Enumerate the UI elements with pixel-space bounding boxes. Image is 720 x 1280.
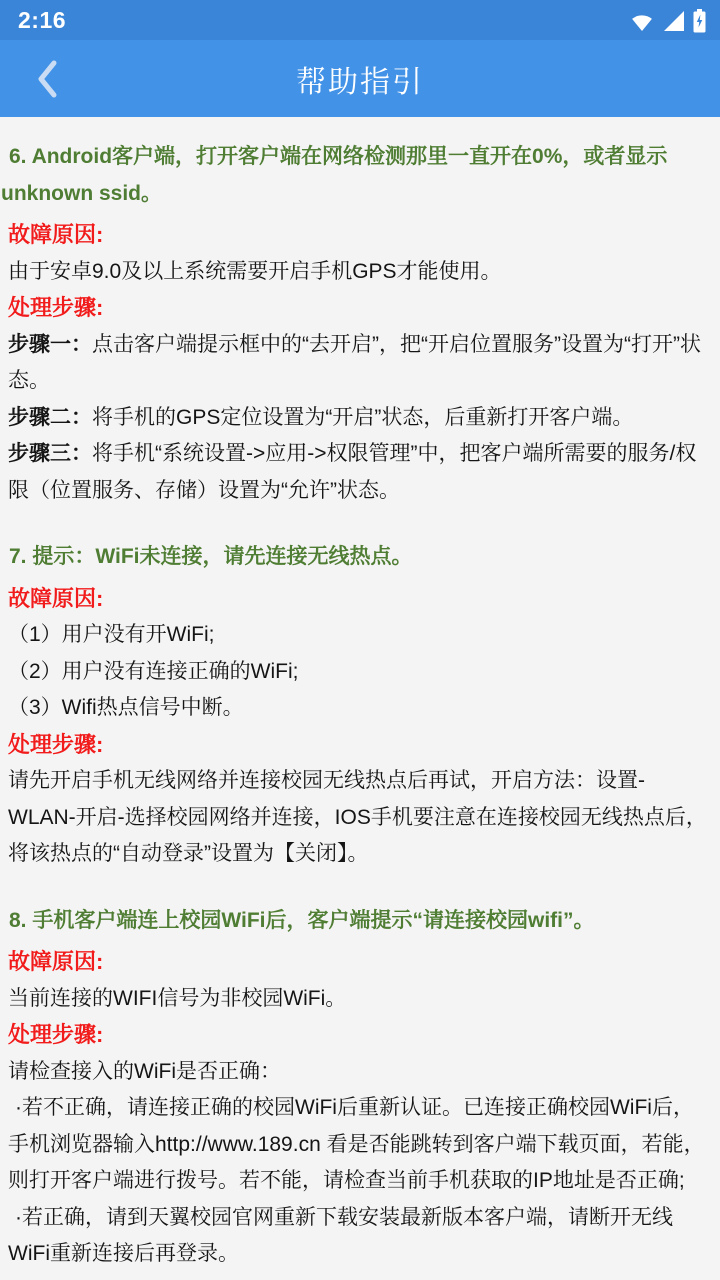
screen: 2:16 帮助指引 6. Android客户端，打开客户端 xyxy=(0,0,720,1280)
step-label: 步骤一： xyxy=(8,333,92,356)
step-paragraph: 步骤一：点击客户端提示框中的“去开启”，把“开启位置服务”设置为“打开”状态。 xyxy=(0,327,720,400)
body-paragraph: （2）用户没有连接正确的WiFi; xyxy=(0,654,720,691)
section-title: 8. 手机客户端连上校园WiFi后，客户端提示“请连接校园wifi”。 xyxy=(0,903,720,940)
wifi-icon xyxy=(629,10,655,32)
page-title: 帮助指引 xyxy=(296,57,424,101)
app-bar: 帮助指引 xyxy=(0,40,720,117)
handling-steps-heading: 处理步骤: xyxy=(0,1017,720,1054)
step-text: 点击客户端提示框中的“去开启”，把“开启位置服务”设置为“打开”状态。 xyxy=(8,333,701,393)
step-label: 步骤三： xyxy=(8,442,92,465)
step-text: 将手机的GPS定位设置为“开启”状态，后重新打开客户端。 xyxy=(92,406,633,429)
body-paragraph: （1）用户没有开WiFi; xyxy=(0,617,720,654)
fault-cause-heading: 故障原因: xyxy=(0,217,720,254)
status-bar: 2:16 xyxy=(0,0,720,40)
bullet-paragraph: ·若不正确，请连接正确的校园WiFi后重新认证。已连接正确校园WiFi后，手机浏… xyxy=(0,1090,720,1200)
status-time: 2:16 xyxy=(18,7,66,34)
fault-cause-heading: 故障原因: xyxy=(0,944,720,981)
section-title: 7. 提示：WiFi未连接，请先连接无线热点。 xyxy=(0,539,720,576)
body-paragraph: 请先开启手机无线网络并连接校园无线热点后再试，开启方法：设置-WLAN-开启-选… xyxy=(0,763,720,873)
help-section-6: 6. Android客户端，打开客户端在网络检测那里一直开在0%，或者显示unk… xyxy=(0,139,720,509)
step-paragraph: 步骤三：将手机“系统设置->应用->权限管理”中，把客户端所需要的服务/权限（位… xyxy=(0,436,720,509)
step-text: 将手机“系统设置->应用->权限管理”中，把客户端所需要的服务/权限（位置服务、… xyxy=(8,442,696,502)
battery-charging-icon xyxy=(693,9,706,33)
body-paragraph: 由于安卓9.0及以上系统需要开启手机GPS才能使用。 xyxy=(0,254,720,291)
body-paragraph: （3）Wifi热点信号中断。 xyxy=(0,690,720,727)
cellular-signal-icon xyxy=(663,10,685,32)
back-chevron-icon xyxy=(30,55,66,103)
section-title: 6. Android客户端，打开客户端在网络检测那里一直开在0%，或者显示unk… xyxy=(0,139,720,212)
handling-steps-heading: 处理步骤: xyxy=(0,727,720,764)
step-label: 步骤二： xyxy=(8,406,92,429)
back-button[interactable] xyxy=(22,51,74,107)
body-paragraph: 请检查接入的WiFi是否正确： xyxy=(0,1054,720,1091)
help-section-7: 7. 提示：WiFi未连接，请先连接无线热点。 故障原因: （1）用户没有开Wi… xyxy=(0,539,720,873)
help-content[interactable]: 6. Android客户端，打开客户端在网络检测那里一直开在0%，或者显示unk… xyxy=(0,117,720,1273)
handling-steps-heading: 处理步骤: xyxy=(0,290,720,327)
bullet-paragraph: ·若正确，请到天翼校园官网重新下载安装最新版本客户端，请断开无线WiFi重新连接… xyxy=(0,1200,720,1273)
body-paragraph: 当前连接的WIFI信号为非校园WiFi。 xyxy=(0,981,720,1018)
help-section-8: 8. 手机客户端连上校园WiFi后，客户端提示“请连接校园wifi”。 故障原因… xyxy=(0,903,720,1273)
fault-cause-heading: 故障原因: xyxy=(0,581,720,618)
status-icons xyxy=(629,7,706,33)
step-paragraph: 步骤二：将手机的GPS定位设置为“开启”状态，后重新打开客户端。 xyxy=(0,400,720,437)
